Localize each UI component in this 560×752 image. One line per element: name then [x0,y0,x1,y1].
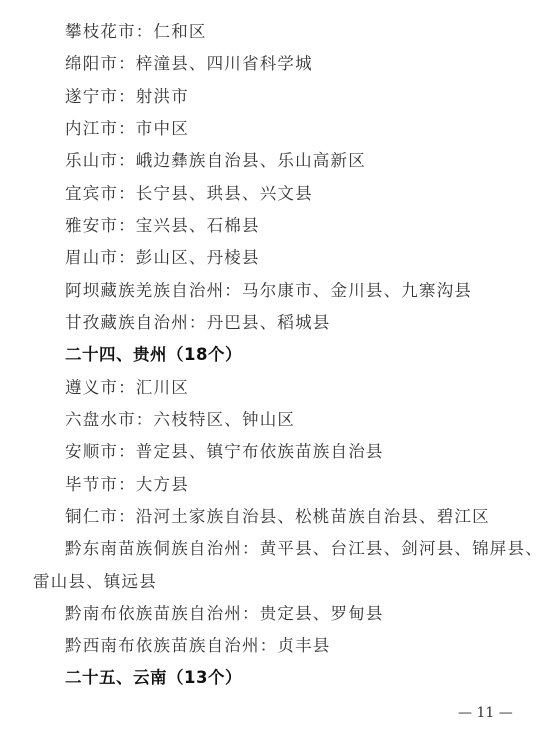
section-heading-guizhou: 二十四、贵州（18个） [65,345,242,365]
list-item-suining: 遂宁市：射洪市 [65,87,189,107]
list-item-qiandongnan: 黔东南苗族侗族自治州：黄平县、台江县、剑河县、锦屏县、 [65,539,543,559]
list-item-aba: 阿坝藏族羌族自治州：马尔康市、金川县、九寨沟县 [65,281,472,301]
list-item-neijiang: 内江市：市中区 [65,119,189,139]
list-item-mianyang: 绵阳市：梓潼县、四川省科学城 [65,54,313,74]
list-item-anshun: 安顺市：普定县、镇宁布依族苗族自治县 [65,442,384,462]
list-item-yibin: 宜宾市：长宁县、珙县、兴文县 [65,184,313,204]
list-item-ganzi: 甘孜藏族自治州：丹巴县、稻城县 [65,313,331,333]
list-item-qiannan: 黔南布依族苗族自治州：贵定县、罗甸县 [65,604,384,624]
list-item-leshan: 乐山市：峨边彝族自治县、乐山高新区 [65,151,366,171]
list-item-zunyi: 遵义市：汇川区 [65,378,189,398]
list-item-qianxinan: 黔西南布依族苗族自治州：贞丰县 [65,636,331,656]
page-number: — 11 — [458,704,513,722]
document-page: 攀枝花市：仁和区 绵阳市：梓潼县、四川省科学城 遂宁市：射洪市 内江市：市中区 … [0,0,560,752]
list-item-meishan: 眉山市：彭山区、丹棱县 [65,248,260,268]
section-heading-yunnan: 二十五、云南（13个） [65,668,242,688]
list-item-yaan: 雅安市：宝兴县、石棉县 [65,216,260,236]
list-item-panzhihua: 攀枝花市：仁和区 [65,22,207,42]
list-item-liupanshui: 六盘水市：六枝特区、钟山区 [65,410,295,430]
list-item-tongren: 铜仁市：沿河土家族自治县、松桃苗族自治县、碧江区 [65,507,490,527]
list-item-qiandongnan-continued: 雷山县、镇远县 [33,572,157,592]
list-item-bijie: 毕节市：大方县 [65,475,189,495]
